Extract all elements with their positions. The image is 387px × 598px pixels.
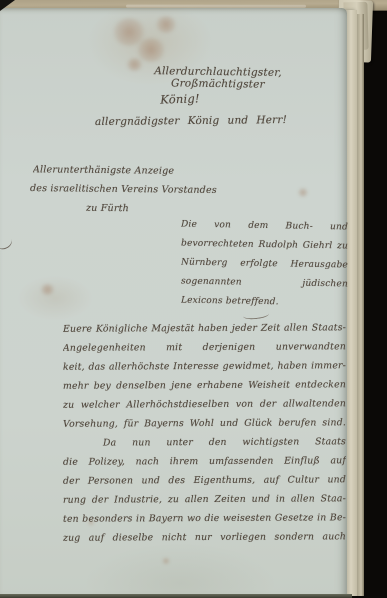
foxing-stain xyxy=(162,558,170,564)
body-p1-line-1: Euere Königliche Majestät haben jeder Ze… xyxy=(63,318,346,338)
subject-line-1: Die von dem Buch- und Steindruck- xyxy=(181,216,348,237)
sender-line-1: Allerunterthänigste Anzeige xyxy=(33,164,174,176)
body-p2-line-1: Da nun unter den wichtigsten Staats Ange… xyxy=(63,432,346,452)
foxing-stain xyxy=(155,16,177,33)
subject-line-3: Nürnberg erfolgte Herausgabe eines xyxy=(181,254,348,275)
heading-line-1: Allerdurchlauchtigster, Großmächtigster xyxy=(112,65,324,92)
body-p1-line-5: zu welcher Allerhöchstdieselben von der … xyxy=(63,394,346,414)
subject-line-2: bevorrechteten Rudolph Giehrl zu xyxy=(181,235,348,256)
foxing-stain xyxy=(298,188,308,197)
heading-line-3: allergnädigster König und Herr! xyxy=(95,114,287,128)
body-p1-line-2: Angelegenheiten mit derjenigen unverwand… xyxy=(63,337,346,357)
body-p1-line-6: Vorsehung, für Bayerns Wohl und Glück be… xyxy=(63,413,346,433)
page-stack-edge xyxy=(357,14,364,596)
body-p1-line-3: keit, das allerhöchste Interesse gewidme… xyxy=(63,356,346,376)
foxing-stain xyxy=(40,284,55,295)
foxing-stain xyxy=(136,38,166,62)
body-p2-line-3: der Personen und des Eigenthums, auf Cul… xyxy=(63,470,346,490)
body-p1-line-4: mehr bey denselben jene erhabene Weishei… xyxy=(63,375,346,395)
body-p2-line-4: rung der Industrie, zu allen Zeiten und … xyxy=(63,489,346,509)
sender-line-3: zu Fürth xyxy=(86,203,129,214)
body-p2-line-2: die Polizey, nach ihrem umfassenden Einf… xyxy=(63,451,346,471)
subject-line-4: sogenannten jüdischen Conversations- xyxy=(181,273,348,294)
page-bottom-shadow xyxy=(0,594,352,598)
heading-line-2: König! xyxy=(140,91,220,108)
sender-line-2: des israelitischen Vereins Vorstandes xyxy=(30,183,217,196)
body-p2-line-6: zug auf dieselbe nicht nur vorliegen son… xyxy=(63,527,346,547)
scan-background: Allerdurchlauchtigster, Großmächtigster … xyxy=(0,0,387,598)
body-p2-line-5: ten besonders in Bayern wo die weisesten… xyxy=(63,508,346,528)
corner-nick xyxy=(0,0,15,11)
subject-line-5: Lexicons betreffend. xyxy=(181,292,348,313)
